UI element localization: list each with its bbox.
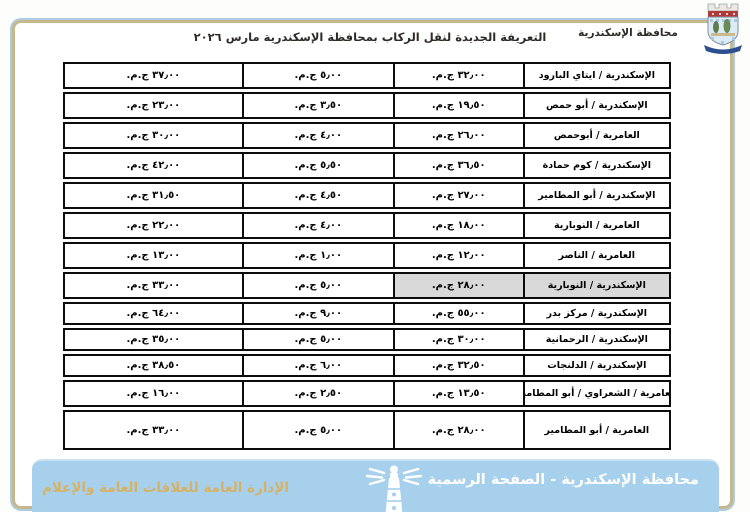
increase-cell: ٤٫٥٠ ج.م. [244,184,395,207]
table-row: ٤٢٫٠٠ ج.م. ٥٫٥٠ ج.م. ٣٦٫٥٠ ج.م. الإسكندر… [63,152,671,179]
old-fare-cell: ٢٨٫٠٠ ج.م. [395,412,525,448]
table-row: ١٣٫٠٠ ج.م. ١٫٠٠ ج.م. ١٢٫٠٠ ج.م. العامرية… [63,242,671,269]
increase-cell: ٤٫٠٠ ج.م. [244,124,395,147]
table-row: ٣٣٫٠٠ ج.م. ٥٫٠٠ ج.م. ٢٨٫٠٠ ج.م. العامرية… [63,410,671,450]
new-fare-cell: ٣٣٫٠٠ ج.م. [65,274,244,297]
old-fare-cell: ٢٧٫٠٠ ج.م. [395,184,525,207]
old-fare-cell: ٢٦٫٠٠ ج.م. [395,124,525,147]
table-row: ٦٤٫٠٠ ج.م. ٩٫٠٠ ج.م. ٥٥٫٠٠ ج.م. الإسكندر… [63,302,671,325]
footer-banner: محافظة الإسكندرية - الصفحة الرسمية الإدا… [32,459,719,512]
new-fare-cell: ٣٣٫٠٠ ج.م. [65,412,244,448]
increase-cell: ٩٫٠٠ ج.م. [244,304,395,323]
table-row: ٢٢٫٠٠ ج.م. ٤٫٠٠ ج.م. ١٨٫٠٠ ج.م. العامرية… [63,212,671,239]
new-fare-cell: ٦٤٫٠٠ ج.م. [65,304,244,323]
increase-cell: ٢٫٥٠ ج.م. [244,382,395,405]
table-row: ١٦٫٠٠ ج.م. ٢٫٥٠ ج.م. ١٣٫٥٠ ج.م. العامرية… [63,380,671,407]
increase-cell: ٣٫٥٠ ج.م. [244,94,395,117]
old-fare-cell: ٥٥٫٠٠ ج.م. [395,304,525,323]
route-cell: العامرية / أبوحمص [525,124,669,147]
official-page-text: محافظة الإسكندرية - الصفحة الرسمية [428,472,699,488]
table-row: ٣٧٫٠٠ ج.م. ٥٫٠٠ ج.م. ٣٢٫٠٠ ج.م. الإسكندر… [63,62,671,89]
old-fare-cell: ١٣٫٥٠ ج.م. [395,382,525,405]
increase-cell: ٥٫٠٠ ج.م. [244,330,395,349]
route-cell: الإسكندرية / ايتاي البارود [525,64,669,87]
old-fare-cell: ١٩٫٥٠ ج.م. [395,94,525,117]
old-fare-cell: ١٨٫٠٠ ج.م. [395,214,525,237]
new-fare-cell: ٣٥٫٠٠ ج.م. [65,330,244,349]
new-fare-cell: ١٦٫٠٠ ج.م. [65,382,244,405]
fare-table: ٣٧٫٠٠ ج.م. ٥٫٠٠ ج.م. ٣٢٫٠٠ ج.م. الإسكندر… [63,62,671,450]
old-fare-cell: ٣٢٫٥٠ ج.م. [395,356,525,375]
new-fare-cell: ٣٧٫٠٠ ج.م. [65,64,244,87]
old-fare-cell: ٢٨٫٠٠ ج.م. [395,274,525,297]
increase-cell: ٦٫٠٠ ج.م. [244,356,395,375]
governorate-label: محافظة الإسكندرية [578,27,678,39]
table-row: ٣٣٫٠٠ ج.م. ٥٫٠٠ ج.م. ٢٨٫٠٠ ج.م. الإسكندر… [63,272,671,299]
old-fare-cell: ٣٠٫٠٠ ج.م. [395,330,525,349]
route-cell: الإسكندرية / مركز بدر [525,304,669,323]
route-cell: الإسكندرية / النوبارية [525,274,669,297]
new-fare-cell: ٣٠٫٠٠ ج.م. [65,124,244,147]
table-row: ٣٥٫٠٠ ج.م. ٥٫٠٠ ج.م. ٣٠٫٠٠ ج.م. الإسكندر… [63,328,671,351]
table-row: ٣١٫٥٠ ج.م. ٤٫٥٠ ج.م. ٢٧٫٠٠ ج.م. الإسكندر… [63,182,671,209]
alexandria-governorate-logo [698,1,748,55]
increase-cell: ٥٫٥٠ ج.م. [244,154,395,177]
new-fare-cell: ٢٢٫٠٠ ج.م. [65,214,244,237]
route-cell: العامرية / الناصر [525,244,669,267]
old-fare-cell: ١٢٫٠٠ ج.م. [395,244,525,267]
tariff-announcement-page: { "header": { "org_label": "محافظة الإسك… [0,0,750,512]
new-fare-cell: ٢٣٫٠٠ ج.م. [65,94,244,117]
old-fare-cell: ٣٢٫٠٠ ج.م. [395,64,525,87]
new-fare-cell: ٤٢٫٠٠ ج.م. [65,154,244,177]
table-row: ٣٠٫٠٠ ج.م. ٤٫٠٠ ج.م. ٢٦٫٠٠ ج.م. العامرية… [63,122,671,149]
old-fare-cell: ٣٦٫٥٠ ج.م. [395,154,525,177]
route-cell: العامرية / أبو المطامير [525,412,669,448]
new-fare-cell: ٣١٫٥٠ ج.م. [65,184,244,207]
table-row: ٢٣٫٠٠ ج.م. ٣٫٥٠ ج.م. ١٩٫٥٠ ج.م. الإسكندر… [63,92,671,119]
page-title: التعريفة الجديدة لنقل الركاب بمحافظة الإ… [150,30,590,44]
route-cell: الإسكندرية / الدلنجات [525,356,669,375]
route-cell: الإسكندرية / كوم حمادة [525,154,669,177]
table-row: ٣٨٫٥٠ ج.م. ٦٫٠٠ ج.م. ٣٢٫٥٠ ج.م. الإسكندر… [63,354,671,377]
increase-cell: ٥٫٠٠ ج.م. [244,412,395,448]
new-fare-cell: ١٣٫٠٠ ج.م. [65,244,244,267]
route-cell: العامرية / الشعراوي / أبو المطامير [525,382,669,405]
route-cell: الإسكندرية / أبو حمص [525,94,669,117]
department-text: الإدارة العامة للعلاقات العامة والإعلام [42,480,289,496]
increase-cell: ٥٫٠٠ ج.م. [244,274,395,297]
increase-cell: ٥٫٠٠ ج.م. [244,64,395,87]
increase-cell: ٤٫٠٠ ج.م. [244,214,395,237]
crest-icon [698,1,748,55]
route-cell: الإسكندرية / الرحمانية [525,330,669,349]
lighthouse-icon [362,463,426,512]
increase-cell: ١٫٠٠ ج.م. [244,244,395,267]
route-cell: الإسكندرية / أبو المطامير [525,184,669,207]
new-fare-cell: ٣٨٫٥٠ ج.م. [65,356,244,375]
route-cell: العامرية / النوبارية [525,214,669,237]
